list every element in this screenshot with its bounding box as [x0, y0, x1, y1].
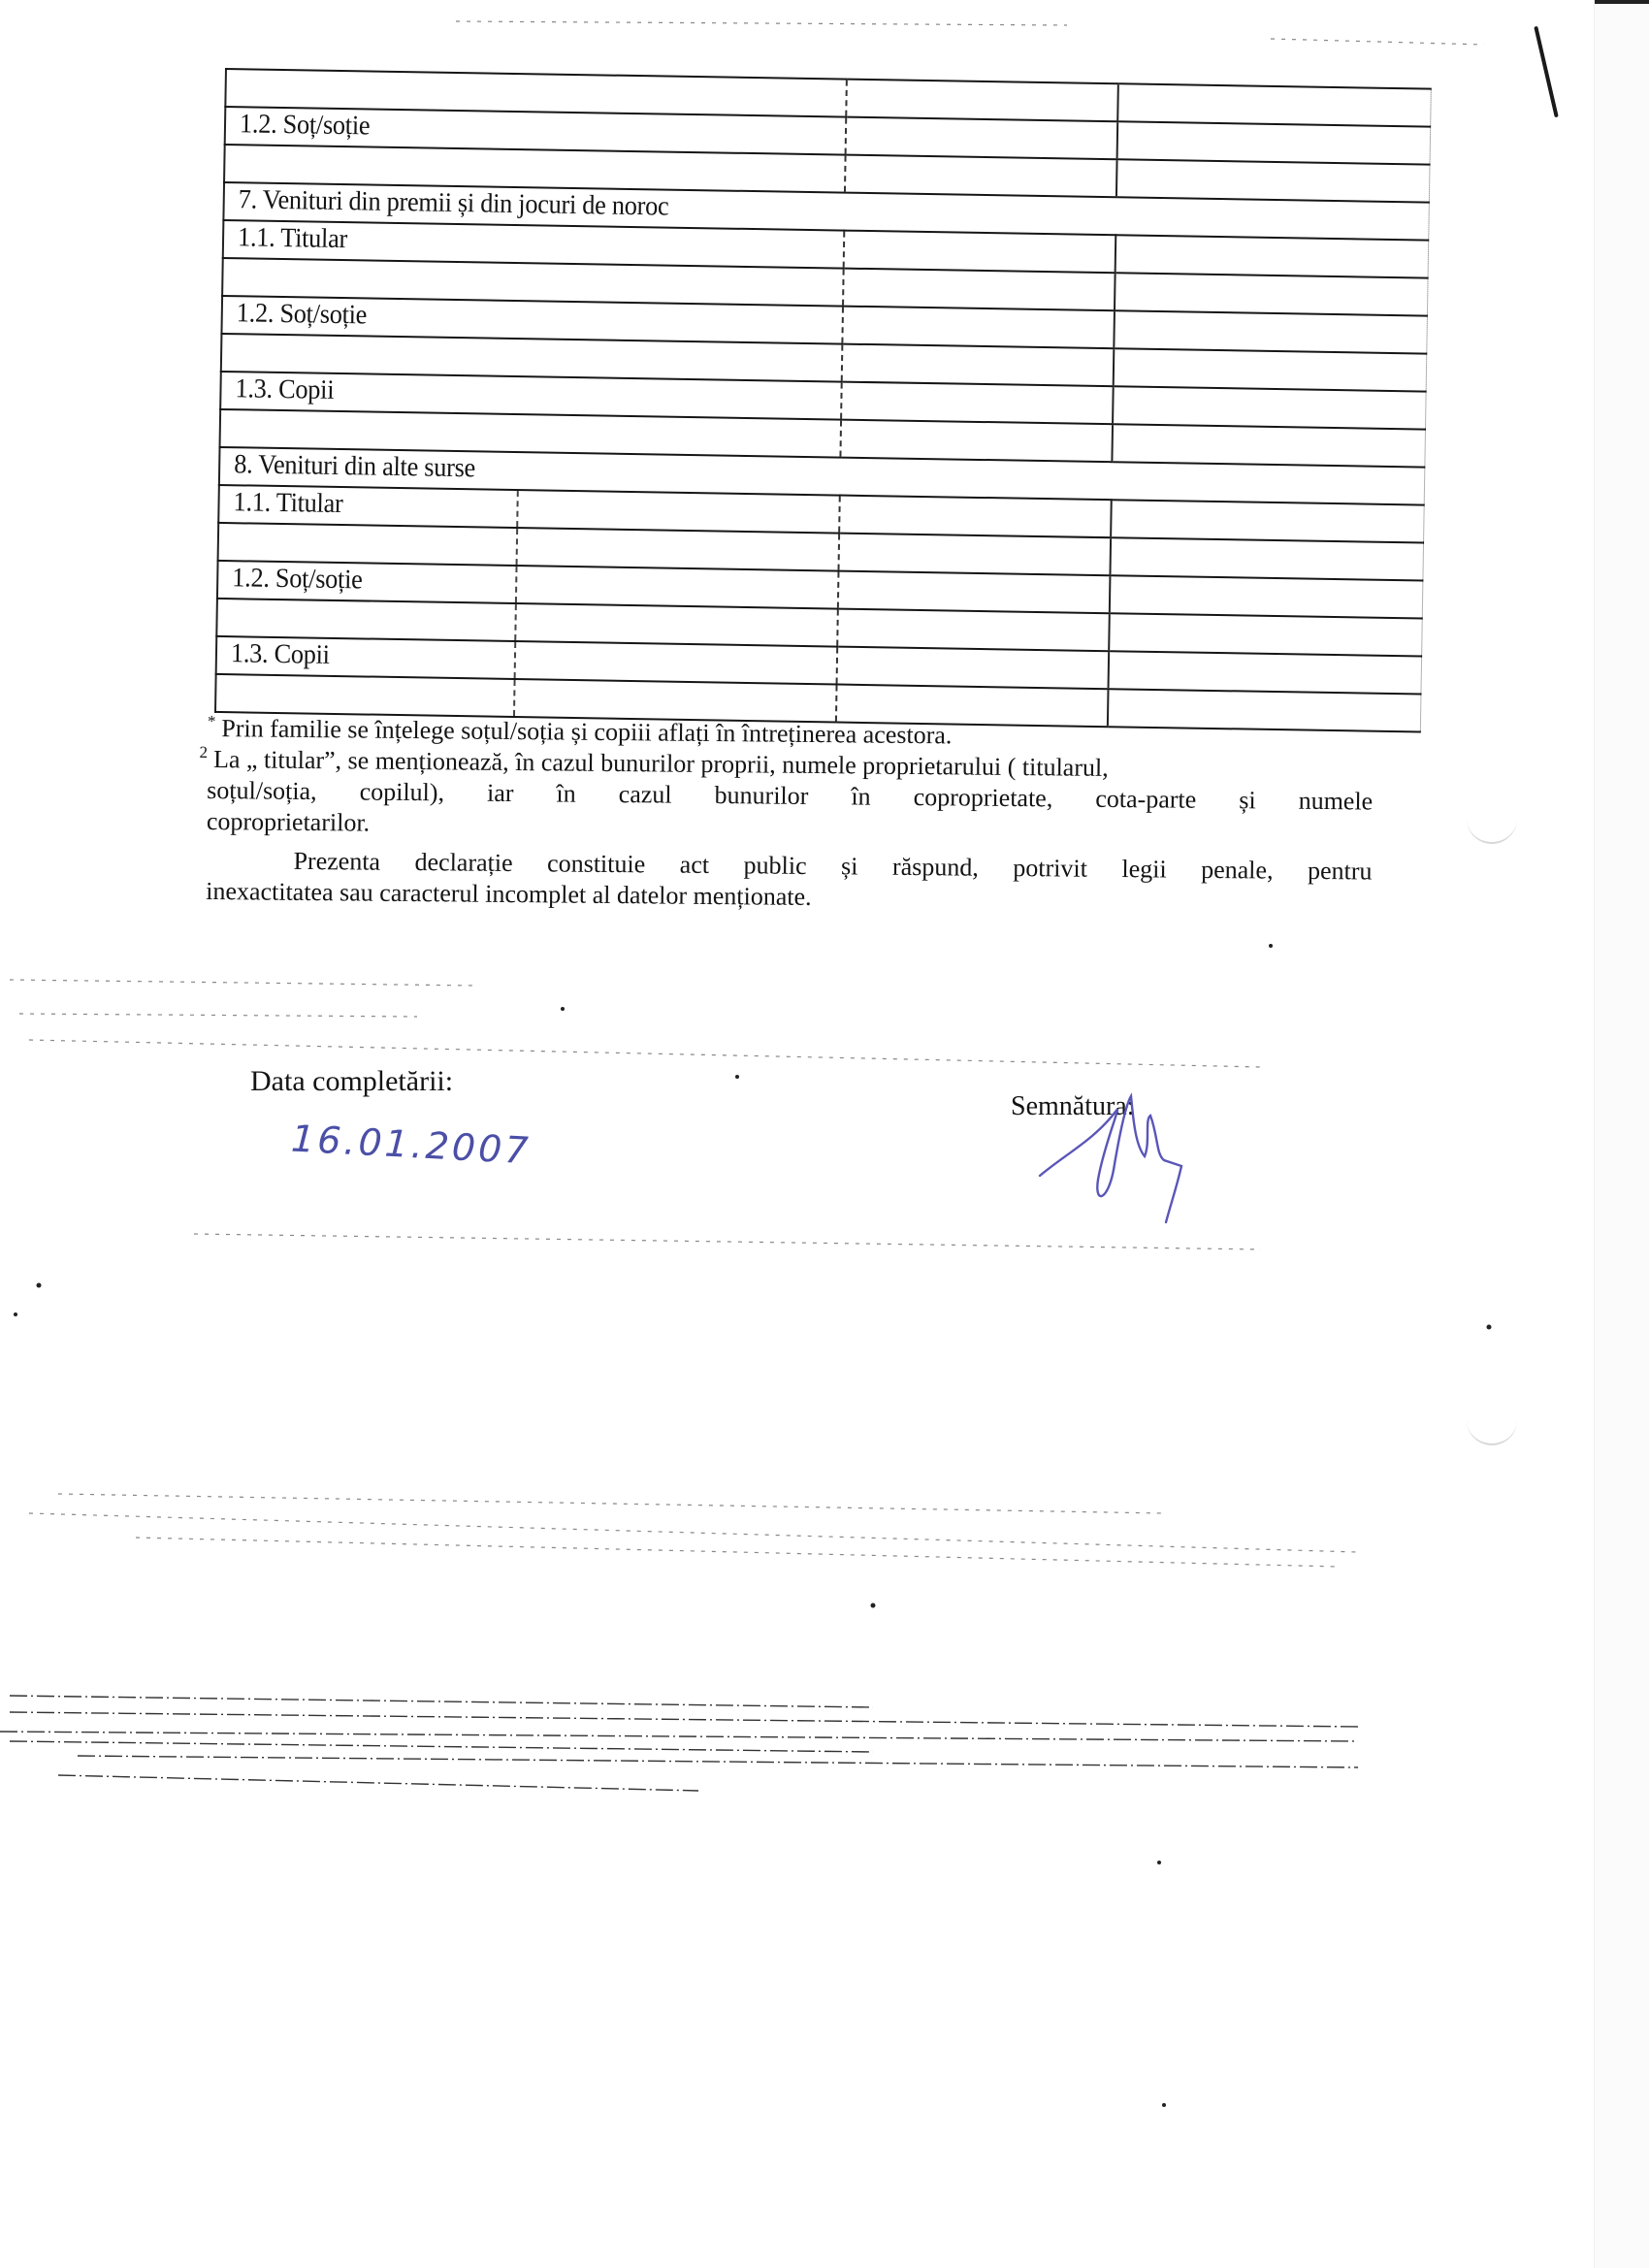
value-cell [1110, 537, 1423, 580]
section-heading: 8. Venituri din alte surse [234, 448, 475, 485]
completion-date-label: Data completării: [250, 1065, 453, 1098]
value-cell [846, 117, 1118, 160]
handwritten-signature [1036, 1086, 1220, 1232]
value-cell [842, 307, 1115, 349]
value-cell [844, 231, 1116, 274]
value-cell [1117, 121, 1431, 164]
value-cell [1115, 273, 1428, 315]
value-cell [1114, 348, 1427, 391]
row-label: 1.1. Titular [233, 486, 342, 521]
row-label: 1.2. Soț/soție [232, 562, 363, 597]
page-edge-shadow [1595, 0, 1649, 4]
footnote-marker: 2 [200, 743, 209, 761]
row-label: 1.2. Soț/soție [240, 108, 371, 143]
staple-mark [1534, 26, 1558, 117]
column-divider [513, 680, 516, 716]
column-divider [516, 491, 519, 527]
value-cell [837, 609, 1110, 652]
punch-hole [1467, 1418, 1517, 1445]
footnote-marker: * [208, 712, 216, 730]
value-cell [1115, 235, 1429, 277]
punch-hole [1467, 817, 1517, 844]
value-cell [1116, 159, 1430, 202]
value-cell [1110, 575, 1423, 618]
income-declaration-table: 1.2. Soț/soție7. Venituri din premii și … [214, 68, 1430, 733]
income-table: 1.2. Soț/soție7. Venituri din premii și … [214, 68, 1431, 733]
column-divider [515, 567, 518, 602]
row-label: 1.2. Soț/soție [237, 297, 368, 332]
value-cell [842, 344, 1115, 387]
value-cell [841, 382, 1114, 425]
value-cell [840, 420, 1113, 463]
value-cell [838, 534, 1111, 576]
value-cell [837, 647, 1110, 690]
page-edge [1594, 0, 1649, 2268]
value-cell [839, 496, 1112, 538]
value-cell [1117, 83, 1431, 126]
row-label: 1.3. Copii [235, 373, 334, 407]
value-cell [1114, 310, 1427, 353]
value-cell [843, 269, 1115, 311]
column-divider [514, 642, 517, 678]
row-label: 1.1. Titular [238, 221, 347, 256]
column-divider [514, 604, 517, 640]
section-heading: 7. Venituri din premii și din jocuri de … [238, 183, 668, 223]
footnotes: *Prin familie se înțelege soțul/soția și… [206, 713, 1374, 919]
value-cell [1109, 651, 1422, 694]
value-cell [846, 80, 1118, 122]
row-label: 1.3. Copii [231, 637, 330, 672]
value-cell [838, 571, 1111, 614]
value-cell [1111, 500, 1424, 542]
value-cell [1113, 386, 1426, 429]
footnote-text: Prin familie se înțelege soțul/soția și … [221, 714, 952, 749]
column-divider [516, 529, 519, 565]
value-cell [1109, 613, 1422, 656]
value-cell [845, 155, 1117, 198]
completion-date-value: 16.01.2007 [290, 1118, 533, 1173]
value-cell [1112, 424, 1425, 467]
